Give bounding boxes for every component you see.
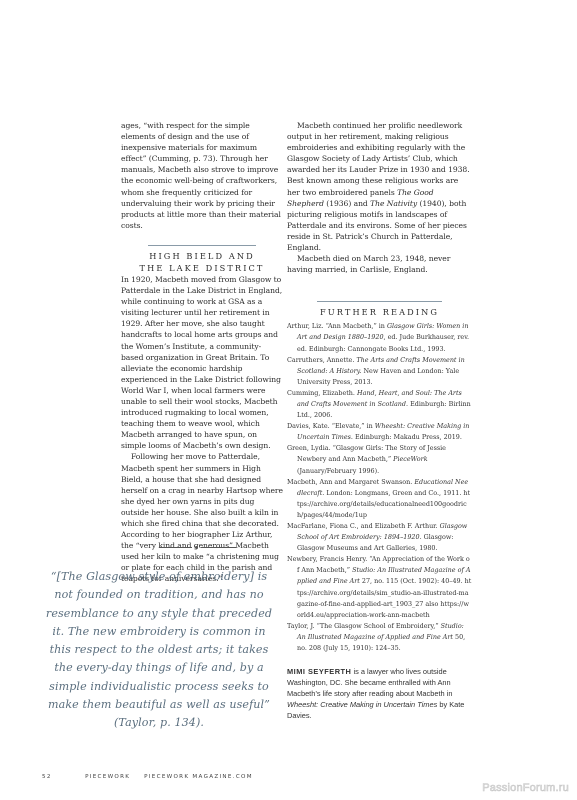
section-heading-high-bield: High Bield and the Lake District bbox=[121, 250, 283, 274]
watermark: PassionForum.ru bbox=[482, 782, 569, 794]
bio-book-title: Wheesht: Creative Making in Uncertain Ti… bbox=[287, 700, 437, 709]
ref-text: Davies, Kate. “Elevate,” in bbox=[287, 422, 375, 430]
ref-title: PieceWork bbox=[393, 455, 427, 463]
left-column: ages, “with respect for the simple eleme… bbox=[121, 120, 283, 585]
reference-item: Davies, Kate. “Elevate,” in Wheesht: Cre… bbox=[287, 421, 472, 443]
paragraph-high-bield: Following her move to Patterdale, Macbet… bbox=[121, 451, 283, 584]
reference-item: Macbeth, Ann and Margaret Swanson. Educa… bbox=[287, 477, 472, 521]
pull-quote: “[The Glasgow style of embroidery] is no… bbox=[40, 568, 278, 733]
paragraph-text: Macbeth continued her prolific needlewor… bbox=[287, 121, 470, 197]
reference-item: Taylor, J. “The Glasgow School of Embroi… bbox=[287, 621, 472, 654]
right-column: Macbeth continued her prolific needlewor… bbox=[287, 120, 472, 721]
paragraph-patterdale: In 1920, Macbeth moved from Glasgow to P… bbox=[121, 274, 283, 452]
section-heading-line-2: the Lake District bbox=[121, 262, 283, 274]
references-list: Arthur, Liz. “Ann Macbeth,” in Glasgow G… bbox=[287, 321, 472, 654]
reference-item: Arthur, Liz. “Ann Macbeth,” in Glasgow G… bbox=[287, 321, 472, 354]
paragraph-death: Macbeth died on March 23, 1948, never ha… bbox=[287, 253, 472, 275]
ref-text: Arthur, Liz. “Ann Macbeth,” in bbox=[287, 322, 387, 330]
ref-text: Taylor, J. “The Glasgow School of Embroi… bbox=[287, 622, 441, 630]
section-heading-line-1: High Bield and bbox=[121, 250, 283, 262]
reference-item: Carruthers, Annette. The Arts and Crafts… bbox=[287, 355, 472, 388]
intro-paragraph: ages, “with respect for the simple eleme… bbox=[121, 120, 283, 231]
author-bio: MIMI SEYFERTH is a lawyer who lives outs… bbox=[287, 666, 472, 721]
paragraph-text: (1936) and bbox=[324, 199, 370, 208]
author-name: MIMI SEYFERTH bbox=[287, 667, 351, 676]
ref-text: Edinburgh: Makadu Press, 2019. bbox=[353, 433, 462, 441]
ref-text: (January/February 1996). bbox=[297, 467, 379, 475]
ornament-divider bbox=[160, 546, 236, 549]
ref-text: Cumming, Elizabeth. bbox=[287, 389, 357, 397]
page-number: 52 bbox=[42, 774, 82, 780]
ref-text: MacFarlane, Fiona C., and Elizabeth F. A… bbox=[287, 522, 440, 530]
ref-text: Macbeth, Ann and Margaret Swanson. bbox=[287, 478, 414, 486]
reference-item: MacFarlane, Fiona C., and Elizabeth F. A… bbox=[287, 521, 472, 554]
page-footer: 52 PieceWork piecework magazine.com bbox=[42, 774, 253, 780]
ref-text: Carruthers, Annette. bbox=[287, 356, 356, 364]
reference-item: Green, Lydia. “Glasgow Girls: The Story … bbox=[287, 443, 472, 476]
paragraph-retirement: Macbeth continued her prolific needlewor… bbox=[287, 120, 472, 253]
magazine-name: PieceWork bbox=[85, 774, 141, 780]
further-reading-heading: Further Reading bbox=[287, 306, 472, 318]
website-link[interactable]: piecework magazine.com bbox=[144, 774, 253, 780]
title-nativity: The Nativity bbox=[370, 199, 417, 208]
reference-item: Cumming, Elizabeth. Hand, Heart, and Sou… bbox=[287, 388, 472, 421]
reference-item: Newbery, Francis Henry. “An Appreciation… bbox=[287, 554, 472, 621]
